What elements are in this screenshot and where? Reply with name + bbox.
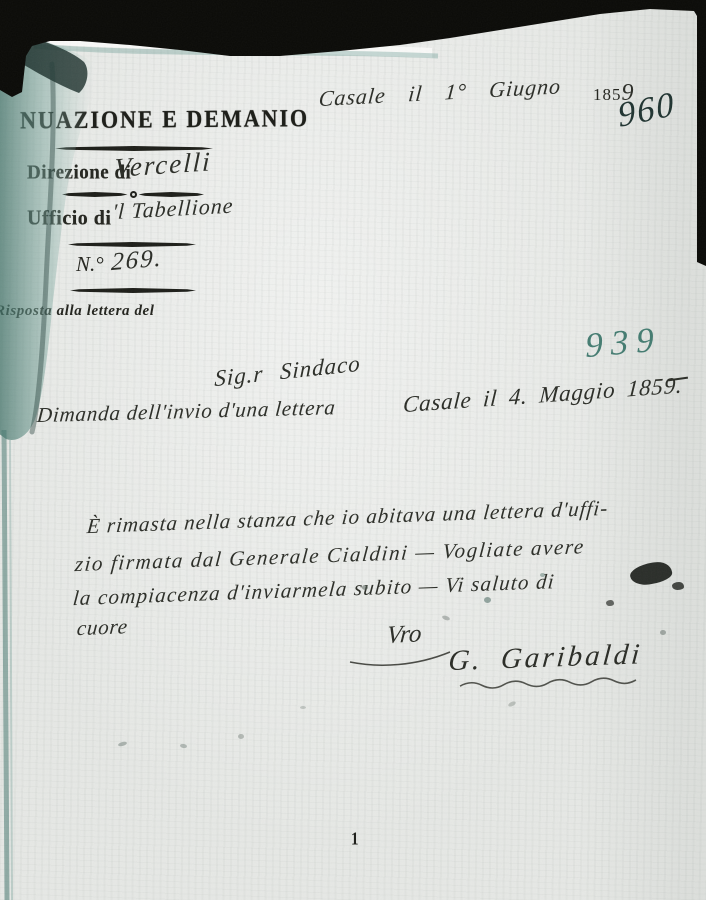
scan-artifacts-layer xyxy=(0,0,706,900)
scan-noise xyxy=(0,0,706,900)
scanned-letter-page: NUAZIONE E DEMANIO Direzione di Vercelli… xyxy=(0,0,706,900)
